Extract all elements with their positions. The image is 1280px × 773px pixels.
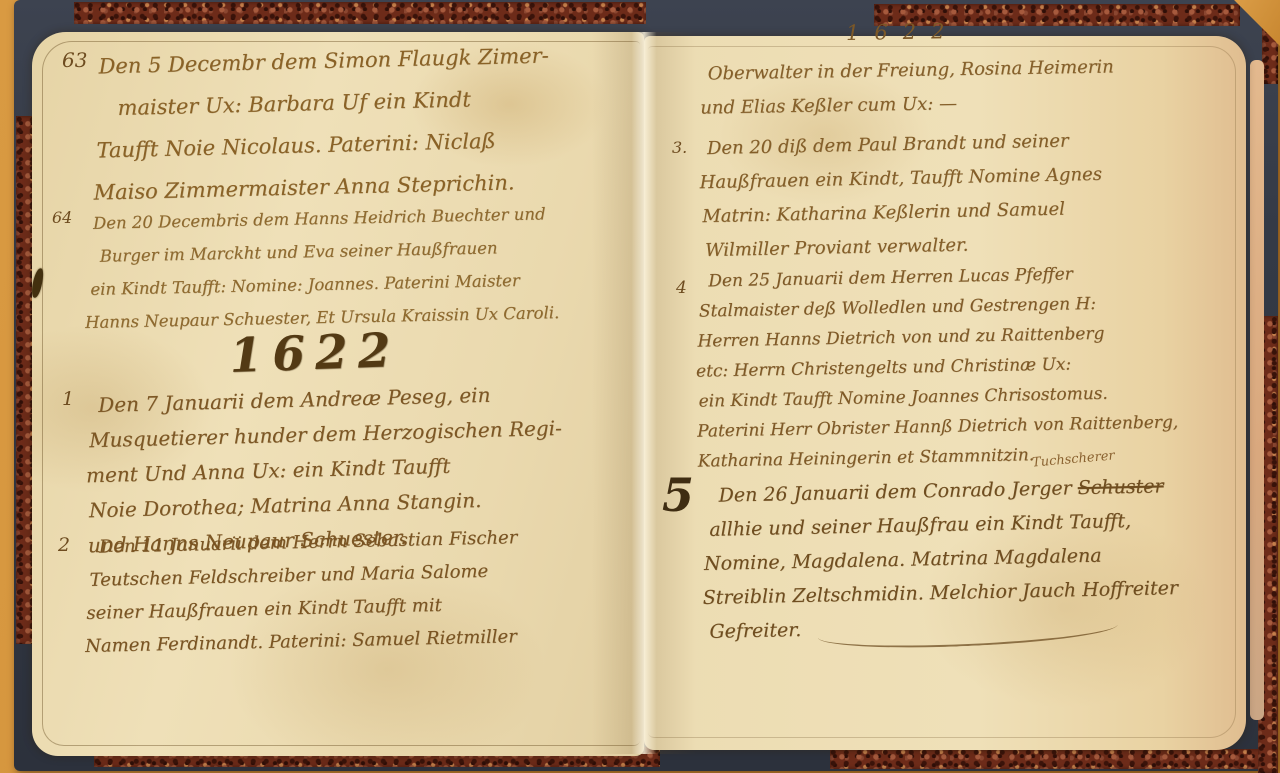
entry-number: 1	[62, 388, 74, 410]
entry-64: Den 20 Decembris dem Hanns Heidrich Buec…	[89, 197, 560, 339]
entry-line-text: Den 26 Januarii dem Conrado Jerger	[718, 477, 1078, 507]
entry-line: Oberwalter in der Freiung, Rosina Heimer…	[707, 50, 1114, 91]
entry-number: 5	[662, 468, 694, 522]
entry-2: Den 11 Januarii dem Herrn Sebastian Fisc…	[91, 521, 520, 663]
entry-number: 2	[58, 534, 70, 556]
entry-number: 64	[52, 208, 72, 227]
struck-word: Schuster	[1078, 475, 1164, 499]
entry-line: und Elias Keßler cum Ux: —	[700, 84, 1115, 125]
entry-63: Den 5 Decembr dem Simon Flaugk Zimer- ma…	[94, 34, 552, 213]
year-heading-right: 1622	[846, 19, 960, 45]
scanned-register-photo: { "colors":{"wood":"#cd8b33","leather":"…	[0, 0, 1280, 773]
entry-3: Den 20 diß dem Paul Brandt und seiner Ha…	[701, 124, 1104, 268]
entry-number: 4	[676, 278, 687, 298]
entry-number: 63	[62, 48, 87, 72]
continuation-paragraph: Oberwalter in der Freiung, Rosina Heimer…	[699, 50, 1114, 125]
entry-4: Den 25 Januarii dem Herren Lucas Pfeffer…	[698, 257, 1179, 476]
marbled-edge-bottom-right	[830, 749, 1278, 769]
marbled-edge-top-left	[74, 2, 646, 24]
year-heading-left: 1622	[149, 320, 481, 386]
page-stack-edge	[1250, 60, 1264, 720]
entry-number: 3.	[672, 138, 687, 157]
